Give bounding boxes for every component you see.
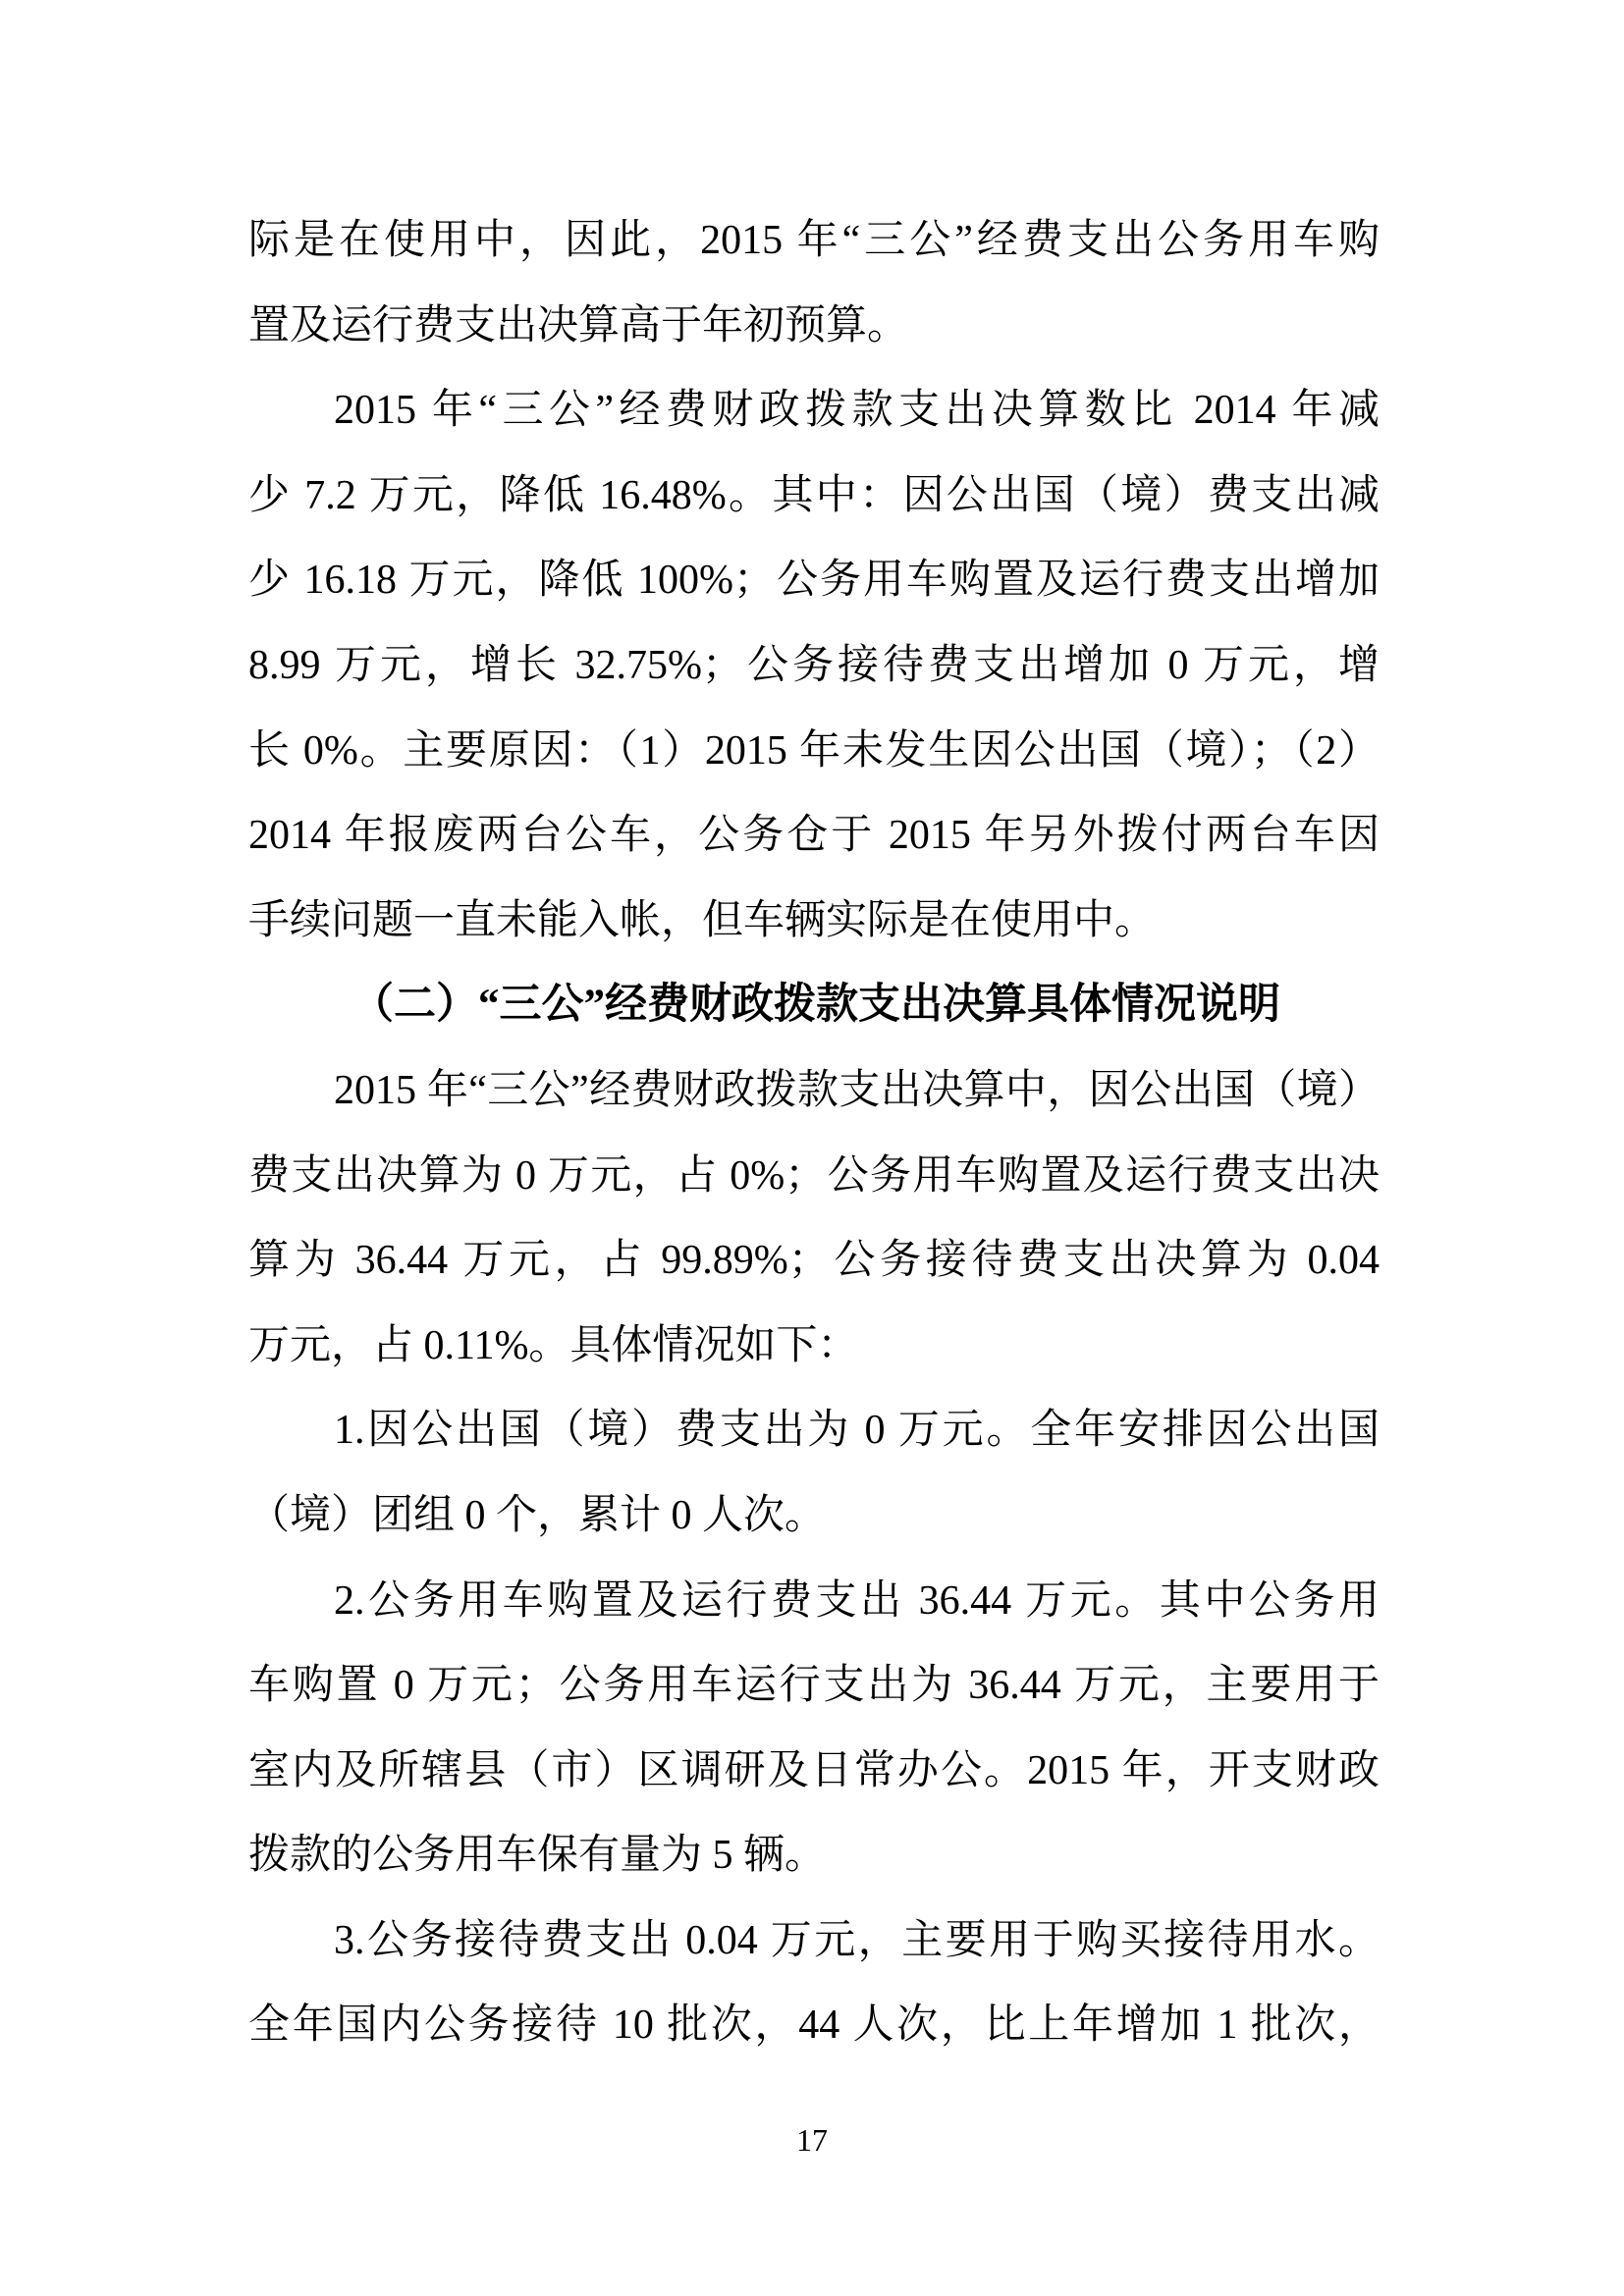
text-line: 少 7.2 万元，降低 16.48%。其中：因公出国（境）费支出减	[248, 454, 1380, 539]
text-line: 2.公务用车购置及运行费支出 36.44 万元。其中公务用	[248, 1559, 1380, 1644]
text-line: 2015 年“三公”经费财政拨款支出决算中，因公出国（境）	[248, 1048, 1380, 1134]
text-line: 算为 36.44 万元，占 99.89%；公务接待费支出决算为 0.04	[248, 1218, 1380, 1304]
document-page: 际是在使用中，因此，2015 年“三公”经费支出公务用车购 置及运行费支出决算高…	[0, 0, 1624, 2296]
text-line: 拨款的公务用车保有量为 5 辆。	[248, 1813, 1380, 1898]
text-line: 8.99 万元，增长 32.75%；公务接待费支出增加 0 万元，增	[248, 623, 1380, 709]
text-line: 全年国内公务接待 10 批次，44 人次，比上年增加 1 批次，	[248, 1983, 1380, 2068]
document-body: 际是在使用中，因此，2015 年“三公”经费支出公务用车购 置及运行费支出决算高…	[248, 198, 1380, 2068]
text-line: 手续问题一直未能入帐，但车辆实际是在使用中。	[248, 879, 1380, 964]
page-number: 17	[0, 2120, 1624, 2160]
text-line: 2015 年“三公”经费财政拨款支出决算数比 2014 年减	[248, 368, 1380, 454]
text-line: 3.公务接待费支出 0.04 万元，主要用于购买接待用水。	[248, 1898, 1380, 1984]
text-line: 长 0%。主要原因：（1）2015 年未发生因公出国（境）；（2）	[248, 709, 1380, 794]
text-line: 少 16.18 万元，降低 100%；公务用车购置及运行费支出增加	[248, 538, 1380, 623]
text-line: 万元，占 0.11%。具体情况如下：	[248, 1304, 1380, 1389]
text-line: （境）团组 0 个，累计 0 人次。	[248, 1473, 1380, 1559]
section-heading: （二）“三公”经费财政拨款支出决算具体情况说明	[248, 963, 1380, 1048]
text-line: 费支出决算为 0 万元，占 0%；公务用车购置及运行费支出决	[248, 1134, 1380, 1219]
text-line: 置及运行费支出决算高于年初预算。	[248, 284, 1380, 369]
text-line: 际是在使用中，因此，2015 年“三公”经费支出公务用车购	[248, 198, 1380, 284]
text-line: 1.因公出国（境）费支出为 0 万元。全年安排因公出国	[248, 1388, 1380, 1473]
text-line: 车购置 0 万元；公务用车运行支出为 36.44 万元，主要用于	[248, 1643, 1380, 1729]
text-line: 室内及所辖县（市）区调研及日常办公。2015 年，开支财政	[248, 1729, 1380, 1814]
text-line: 2014 年报废两台公车，公务仓于 2015 年另外拨付两台车因	[248, 793, 1380, 879]
